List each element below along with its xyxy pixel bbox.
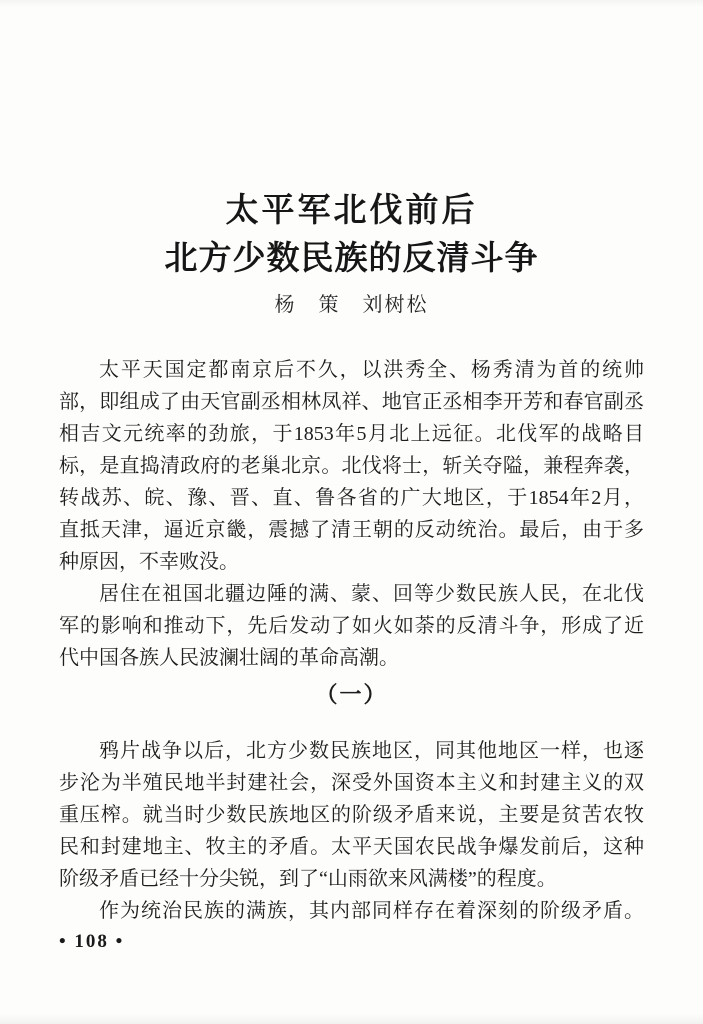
paragraph-1: 太平天国定都南京后不久，以洪秀全、杨秀清为首的统帅 部，即组成了由天官副丞相林凤… [59, 354, 644, 578]
body-line: 太平天国定都南京后不久，以洪秀全、杨秀清为首的统帅 [59, 354, 644, 386]
body-line: 民和封建地主、牧主的矛盾。太平天国农民战争爆发前后，这种 [59, 831, 644, 863]
text-column: 太平军北伐前后 北方少数民族的反清斗争 杨 策 刘树松 太平天国定都南京后不久，… [59, 0, 644, 953]
body-line: 作为统治民族的满族，其内部同样存在着深刻的阶级矛盾。 [59, 895, 644, 927]
body-line: 标，是直捣清政府的老巢北京。北伐将士，斩关夺隘，兼程奔袭， [59, 450, 644, 482]
body-line: 种原因，不幸败没。 [59, 546, 644, 578]
body-line: 重压榨。就当时少数民族地区的阶级矛盾来说，主要是贫苦农牧 [59, 799, 644, 831]
paragraph-3: 鸦片战争以后，北方少数民族地区，同其他地区一样，也逐 步沦为半殖民地半封建社会，… [59, 735, 644, 895]
body-line: 阶级矛盾已经十分尖锐，到了“山雨欲来风满楼”的程度。 [59, 863, 644, 895]
scanned-document-page: 太平军北伐前后 北方少数民族的反清斗争 杨 策 刘树松 太平天国定都南京后不久，… [0, 0, 703, 1024]
article-title-line-2: 北方少数民族的反清斗争 [59, 234, 644, 284]
body-line: 步沦为半殖民地半封建社会，深受外国资本主义和封建主义的双 [59, 767, 644, 799]
body-line: 部，即组成了由天官副丞相林凤祥、地官正丞相李开芳和春官副丞 [59, 386, 644, 418]
article-body: 太平天国定都南京后不久，以洪秀全、杨秀清为首的统帅 部，即组成了由天官副丞相林凤… [59, 354, 644, 927]
paragraph-2: 居住在祖国北疆边陲的满、蒙、回等少数民族人民，在北伐 军的影响和推动下，先后发动… [59, 578, 644, 674]
article-title-line-1: 太平军北伐前后 [59, 188, 644, 234]
body-line: 鸦片战争以后，北方少数民族地区，同其他地区一样，也逐 [59, 735, 644, 767]
section-heading-one: （一） [59, 679, 644, 711]
body-line: 转战苏、皖、豫、晋、直、鲁各省的广大地区，于1854年2月， [59, 482, 644, 514]
body-line: 居住在祖国北疆边陲的满、蒙、回等少数民族人民，在北伐 [59, 578, 644, 610]
body-line: 军的影响和推动下，先后发动了如火如荼的反清斗争，形成了近 [59, 610, 644, 642]
author-names: 杨 策 刘树松 [59, 292, 644, 318]
body-line: 直抵天津，逼近京畿，震撼了清王朝的反动统治。最后，由于多 [59, 514, 644, 546]
body-line: 相吉文元统率的劲旅，于1853年5月北上远征。北伐军的战略目 [59, 418, 644, 450]
paragraph-4: 作为统治民族的满族，其内部同样存在着深刻的阶级矛盾。 [59, 895, 644, 927]
page-number: • 108 • [59, 931, 644, 953]
body-line: 代中国各族人民波澜壮阔的革命高潮。 [59, 642, 644, 674]
